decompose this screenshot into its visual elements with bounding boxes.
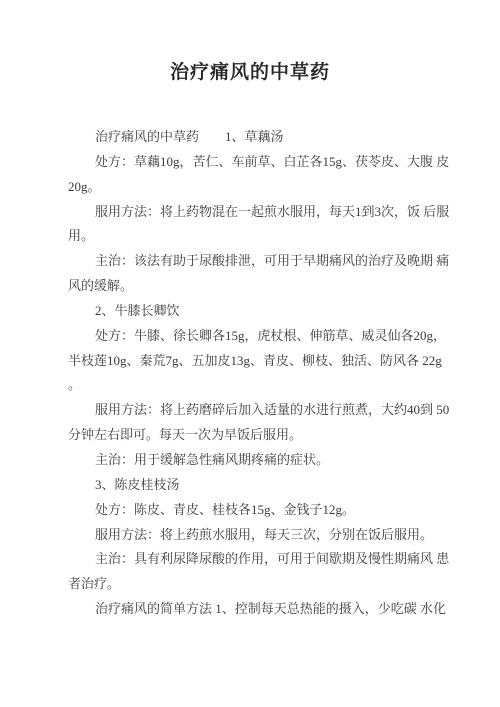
document-page: 治疗痛风的中草药 治疗痛风的中草药 1、草藕汤 处方：草藕10g，苦仁、车前草、… [0, 0, 500, 707]
text-line: 服用方法：将上药煎水服用，每天三次，分别在饭后服用。 [68, 523, 472, 548]
document-title: 治疗痛风的中草药 [0, 57, 500, 84]
text-line: 治疗痛风的中草药 1、草藕汤 [68, 125, 472, 150]
text-line: 半枝莲10g、秦荒7g、五加皮13g、青皮、柳枝、独活、防风各 22g [68, 349, 472, 374]
text-line: 用。 [68, 224, 472, 249]
text-line: 20g。 [68, 175, 472, 200]
text-line: 服用方法：将上药磨碎后加入适量的水进行煎煮，大约40到 50 [68, 398, 472, 423]
text-line: 服用方法：将上药物混在一起煎水服用，每天1到3次，饭 后服 [68, 200, 472, 225]
document-body: 治疗痛风的中草药 1、草藕汤 处方：草藕10g，苦仁、车前草、白芷各15g、茯苓… [68, 125, 472, 622]
text-line: 处方：草藕10g，苦仁、车前草、白芷各15g、茯苓皮、大腹 皮 [68, 150, 472, 175]
text-line: 者治疗。 [68, 572, 472, 597]
text-line: 治疗痛风的简单方法 1、控制每天总热能的摄入，少吃碳 水化 [68, 597, 472, 622]
text-line: 主治：用于缓解急性痛风期疼痛的症状。 [68, 448, 472, 473]
text-line: 处方：牛膝、徐长卿各15g，虎杖根、伸筋草、威灵仙各20g， [68, 324, 472, 349]
text-line: 处方：陈皮、青皮、桂枝各15g、金钱子12g。 [68, 498, 472, 523]
text-line: 主治：该法有助于尿酸排泄，可用于早期痛风的治疗及晚期 痛 [68, 249, 472, 274]
text-line: 分钟左右即可。每天一次为早饭后服用。 [68, 423, 472, 448]
text-line: 。 [68, 373, 472, 398]
text-line: 2、牛膝长卿饮 [68, 299, 472, 324]
text-line: 风的缓解。 [68, 274, 472, 299]
text-line: 主治：具有利尿降尿酸的作用，可用于间歇期及慢性期痛风 患 [68, 547, 472, 572]
text-line: 3、陈皮桂枝汤 [68, 473, 472, 498]
